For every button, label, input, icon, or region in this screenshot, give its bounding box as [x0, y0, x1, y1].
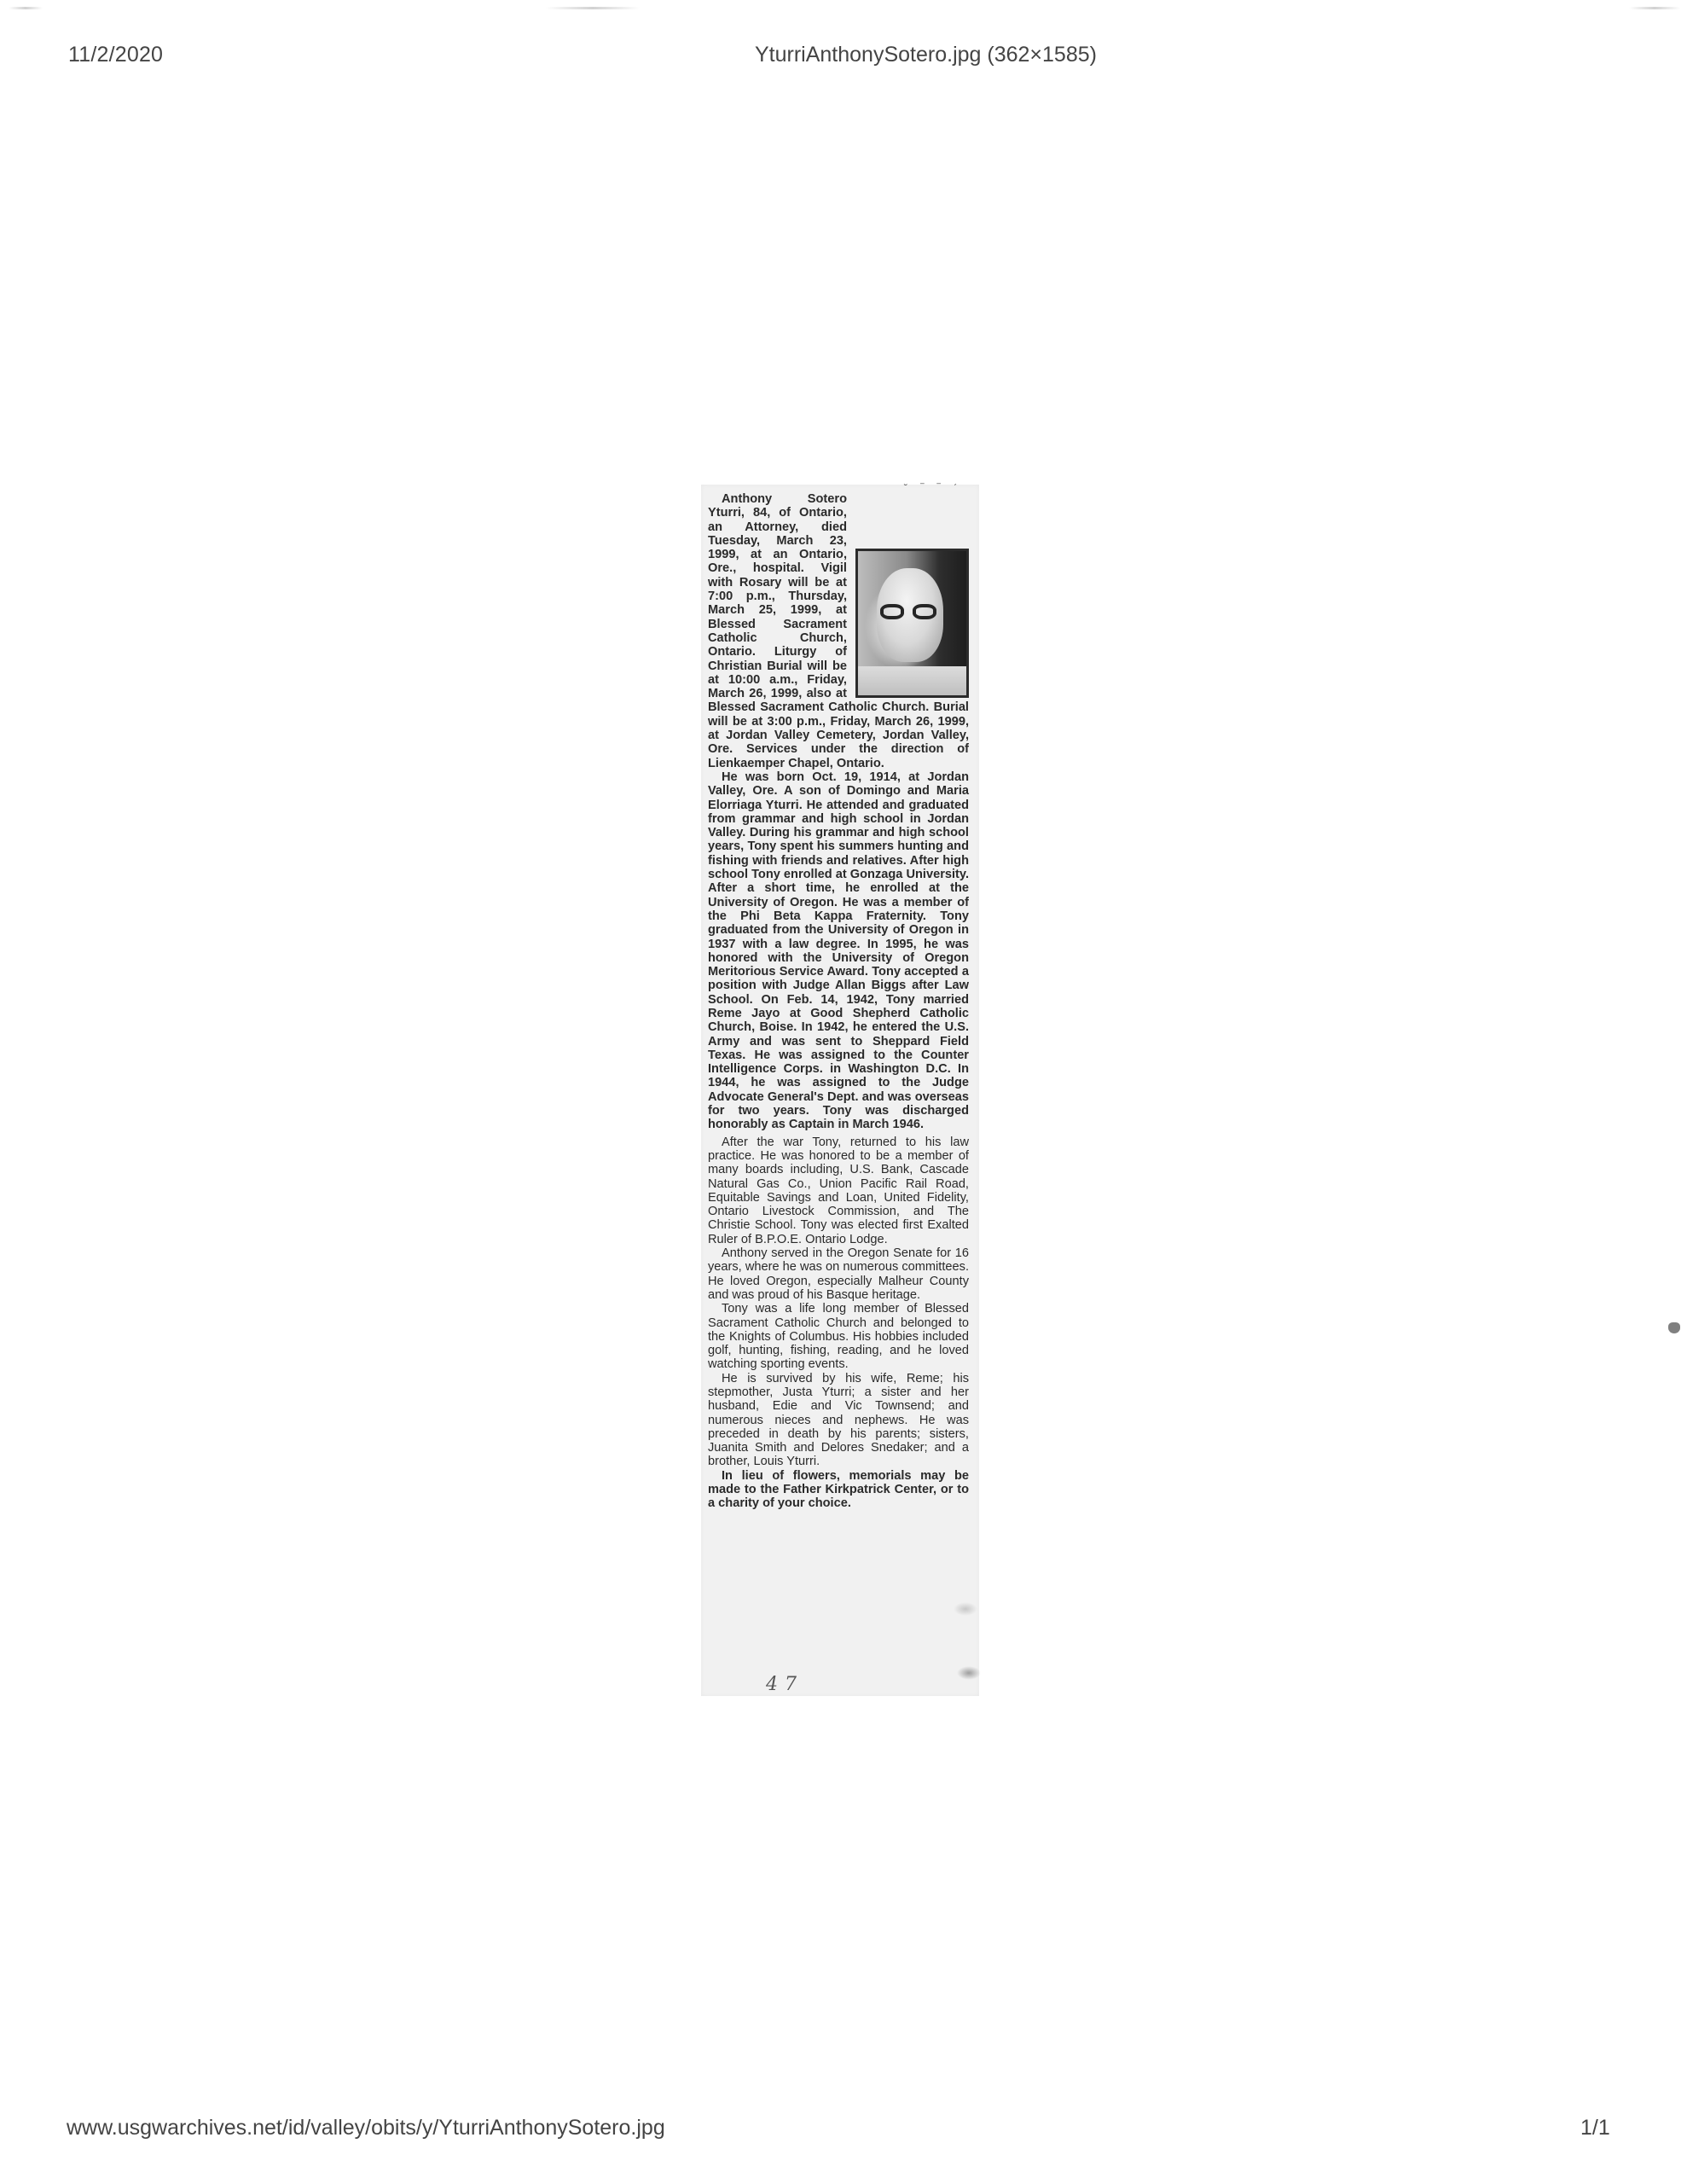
print-header-title: YturriAnthonySotero.jpg (362×1585) [755, 43, 1097, 67]
obituary-paragraph-survivors: He is survived by his wife, Reme; his st… [708, 1372, 969, 1469]
obituary-paragraph-memorials: In lieu of flowers, memorials may be mad… [708, 1469, 969, 1511]
photo-shirt [858, 666, 966, 695]
obituary-clipping: ˘ ‾ ‾ ˊ Anthony Sotero Yturri, 84, of On… [701, 485, 979, 1696]
photo-glasses [880, 604, 942, 621]
handwritten-page-number: 47 [766, 1674, 803, 1695]
scan-edge-right [1629, 7, 1680, 9]
obituary-text: Anthony Sotero Yturri, 84, of Ontario, a… [708, 492, 969, 1511]
ink-smudge [954, 1602, 977, 1616]
ink-smudge [957, 1666, 981, 1680]
scan-punch-mark [1668, 1322, 1680, 1333]
print-footer-url: www.usgwarchives.net/id/valley/obits/y/Y… [67, 2116, 665, 2140]
scan-edge-center [546, 7, 640, 9]
obituary-paragraph-biography: He was born Oct. 19, 1914, at Jordan Val… [708, 770, 969, 1132]
scan-edge-left [9, 7, 43, 9]
portrait-photo [855, 549, 969, 698]
obituary-paragraph-senate: Anthony served in the Oregon Senate for … [708, 1246, 969, 1302]
obituary-paragraph-career: After the war Tony, returned to his law … [708, 1136, 969, 1246]
print-header-date: 11/2/2020 [68, 43, 163, 67]
print-footer-page-number: 1/1 [1580, 2116, 1610, 2140]
obituary-paragraph-church: Tony was a life long member of Blessed S… [708, 1302, 969, 1371]
